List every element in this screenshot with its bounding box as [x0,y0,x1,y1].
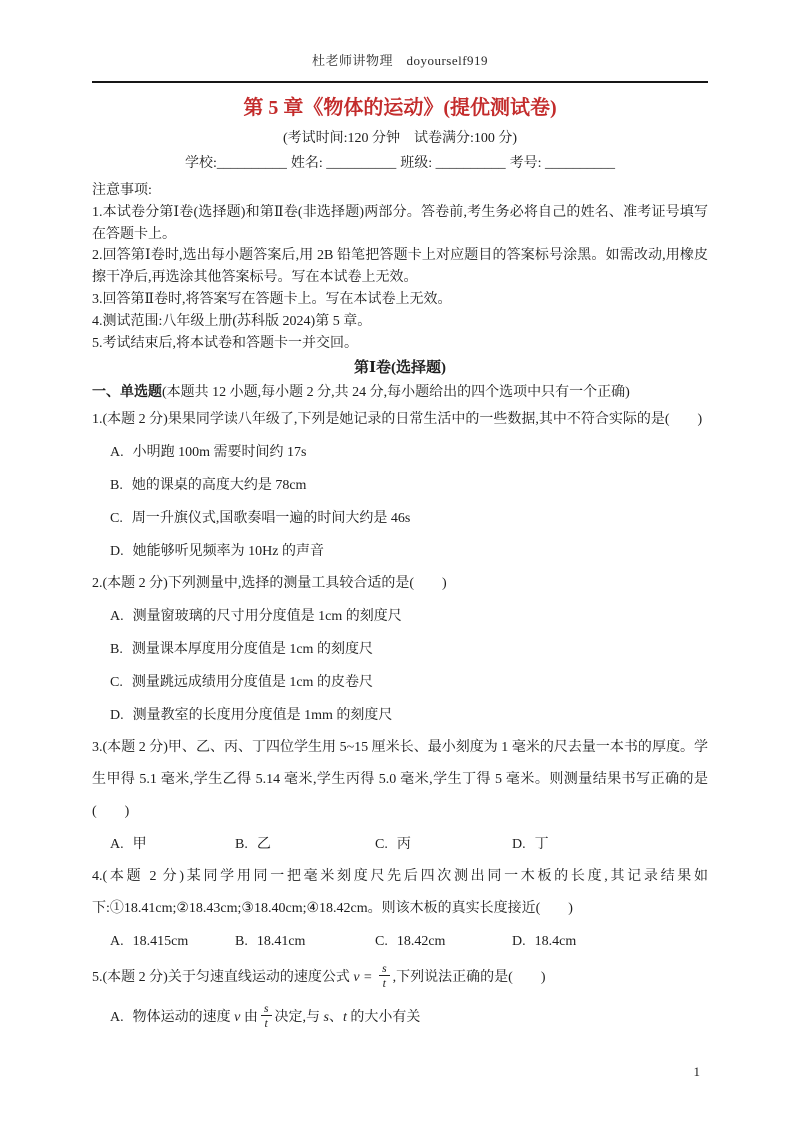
option-text: 18.415cm [133,934,189,949]
part-1-desc: (本题共 12 小题,每小题 2 分,共 24 分,每小题给出的四个选项中只有一… [162,385,630,400]
equals-sign: = [360,970,376,985]
notice-item-4: 4.测试范围:八年级上册(苏科版 2024)第 5 章。 [92,311,708,333]
option-label: D. [110,544,124,559]
option-label: B. [110,642,123,657]
question-4-options: A.18.415cm B.18.41cm C.18.42cm D.18.4cm [92,925,708,958]
option-text: 丙 [397,837,411,852]
class-blank: __________ [436,156,506,171]
option-label: B. [235,934,248,949]
question-2-option-b: B.测量课本厚度用分度值是 1cm 的刻度尺 [92,633,708,666]
part-1-label: 一、单选题 [92,385,162,400]
question-1-option-a: A.小明跑 100m 需要时间约 17s [92,436,708,469]
question-2-option-c: C.测量跳远成绩用分度值是 1cm 的皮卷尺 [92,666,708,699]
question-2-option-d: D.测量教室的长度用分度值是 1mm 的刻度尺 [92,699,708,732]
fraction-numerator: s [261,1002,272,1016]
question-1-option-c: C.周一升旗仪式,国歌奏唱一遍的时间大约是 46s [92,502,708,535]
option-text: 决定,与 [275,1010,324,1025]
option-label: B. [110,478,123,493]
exam-id-blank: __________ [545,156,615,171]
question-3-stem: 3.(本题 2 分)甲、乙、丙、丁四位学生用 5~15 厘米长、最小刻度为 1 … [92,732,708,828]
class-label: 班级: [400,156,432,171]
paper-title: 第 5 章《物体的运动》(提优测试卷) [92,91,708,120]
option-text: 由 [240,1010,258,1025]
notice-item-2: 2.回答第Ⅰ卷时,选出每小题答案后,用 2B 铅笔把答题卡上对应题目的答案标号涂… [92,245,708,289]
name-blank: __________ [326,156,396,171]
stem-text: ,下列说法正确的是( ) [393,970,546,985]
question-5-option-a: A.物体运动的速度 v 由st决定,与 s、t 的大小有关 [92,998,708,1038]
question-2: 2.(本题 2 分)下列测量中,选择的测量工具较合适的是( ) A.测量窗玻璃的… [92,568,708,732]
fraction-s-over-t: st [379,962,390,989]
option-label: D. [512,837,526,852]
question-4-option-a: A.18.415cm [110,925,235,958]
option-label: A. [110,837,124,852]
option-text: 周一升旗仪式,国歌奏唱一遍的时间大约是 46s [132,511,410,526]
question-5-stem: 5.(本题 2 分)关于匀速直线运动的速度公式 v = st,下列说法正确的是(… [92,958,708,998]
question-1-option-d: D.她能够听见频率为 10Hz 的声音 [92,535,708,568]
option-text: 的大小有关 [347,1010,421,1025]
option-text: 、 [329,1010,343,1025]
notice-heading: 注意事项: [92,180,708,202]
question-4-stem: 4.(本题 2 分)某同学用同一把毫米刻度尺先后四次测出同一木板的长度,其记录结… [92,861,708,925]
option-label: C. [375,837,388,852]
student-info-line: 学校:__________姓名: __________班级: _________… [92,153,708,174]
option-text: 18.42cm [397,934,446,949]
option-label: A. [110,445,124,460]
question-1: 1.(本题 2 分)果果同学读八年级了,下列是她记录的日常生活中的一些数据,其中… [92,404,708,568]
option-text: 测量教室的长度用分度值是 1mm 的刻度尺 [133,708,393,723]
option-label: C. [110,675,123,690]
option-text: 测量跳远成绩用分度值是 1cm 的皮卷尺 [132,675,373,690]
question-1-stem: 1.(本题 2 分)果果同学读八年级了,下列是她记录的日常生活中的一些数据,其中… [92,404,708,436]
option-label: D. [110,708,124,723]
section-1-heading: 第Ⅰ卷(选择题) [92,357,708,380]
exam-info-line: (考试时间:120 分钟 试卷满分:100 分) [92,128,708,149]
option-label: D. [512,934,526,949]
question-4: 4.(本题 2 分)某同学用同一把毫米刻度尺先后四次测出同一木板的长度,其记录结… [92,861,708,958]
option-label: A. [110,934,124,949]
part-1-header: 一、单选题(本题共 12 小题,每小题 2 分,共 24 分,每小题给出的四个选… [92,382,708,404]
notice-item-5: 5.考试结束后,将本试卷和答题卡一并交回。 [92,333,708,355]
option-text: 测量窗玻璃的尺寸用分度值是 1cm 的刻度尺 [133,609,402,624]
option-text: 她的课桌的高度大约是 78cm [132,478,307,493]
option-text: 甲 [133,837,147,852]
question-3: 3.(本题 2 分)甲、乙、丙、丁四位学生用 5~15 厘米长、最小刻度为 1 … [92,732,708,861]
question-3-options: A.甲 B.乙 C.丙 D.丁 [92,828,708,861]
fraction-s-over-t: st [261,1002,272,1029]
question-4-option-b: B.18.41cm [235,925,375,958]
option-label: A. [110,1010,124,1025]
question-2-stem: 2.(本题 2 分)下列测量中,选择的测量工具较合适的是( ) [92,568,708,600]
page-number: 1 [694,1064,701,1080]
question-2-option-a: A.测量窗玻璃的尺寸用分度值是 1cm 的刻度尺 [92,600,708,633]
option-text: 她能够听见频率为 10Hz 的声音 [133,544,324,559]
question-3-option-d: D.丁 [512,828,708,861]
notice-item-3: 3.回答第Ⅱ卷时,将答案写在答题卡上。写在本试卷上无效。 [92,289,708,311]
name-label: 姓名: [291,156,323,171]
question-5: 5.(本题 2 分)关于匀速直线运动的速度公式 v = st,下列说法正确的是(… [92,958,708,1038]
test-paper-page: 杜老师讲物理 doyourself919 第 5 章《物体的运动》(提优测试卷)… [0,0,800,1131]
fraction-denominator: t [379,976,390,989]
option-text: 小明跑 100m 需要时间约 17s [133,445,307,460]
question-3-option-a: A.甲 [110,828,235,861]
notice-section: 注意事项: 1.本试卷分第Ⅰ卷(选择题)和第Ⅱ卷(非选择题)两部分。答卷前,考生… [92,180,708,355]
school-blank: __________ [217,156,287,171]
option-label: C. [110,511,123,526]
option-text: 18.4cm [535,934,577,949]
option-text: 丁 [535,837,549,852]
option-text: 物体运动的速度 [133,1010,235,1025]
fraction-denominator: t [261,1016,272,1029]
school-label: 学校: [185,156,217,171]
stem-text: 5.(本题 2 分)关于匀速直线运动的速度公式 [92,970,353,985]
exam-id-label: 考号: [510,156,542,171]
option-label: B. [235,837,248,852]
question-4-option-c: C.18.42cm [375,925,512,958]
option-label: C. [375,934,388,949]
question-3-option-b: B.乙 [235,828,375,861]
option-text: 18.41cm [257,934,306,949]
header-divider [92,81,708,83]
option-text: 测量课本厚度用分度值是 1cm 的刻度尺 [132,642,373,657]
option-label: A. [110,609,124,624]
option-text: 乙 [257,837,271,852]
watermark-header: 杜老师讲物理 doyourself919 [92,50,708,69]
question-4-option-d: D.18.4cm [512,925,708,958]
notice-item-1: 1.本试卷分第Ⅰ卷(选择题)和第Ⅱ卷(非选择题)两部分。答卷前,考生务必将自己的… [92,202,708,246]
question-3-option-c: C.丙 [375,828,512,861]
fraction-numerator: s [379,962,390,976]
question-1-option-b: B.她的课桌的高度大约是 78cm [92,469,708,502]
